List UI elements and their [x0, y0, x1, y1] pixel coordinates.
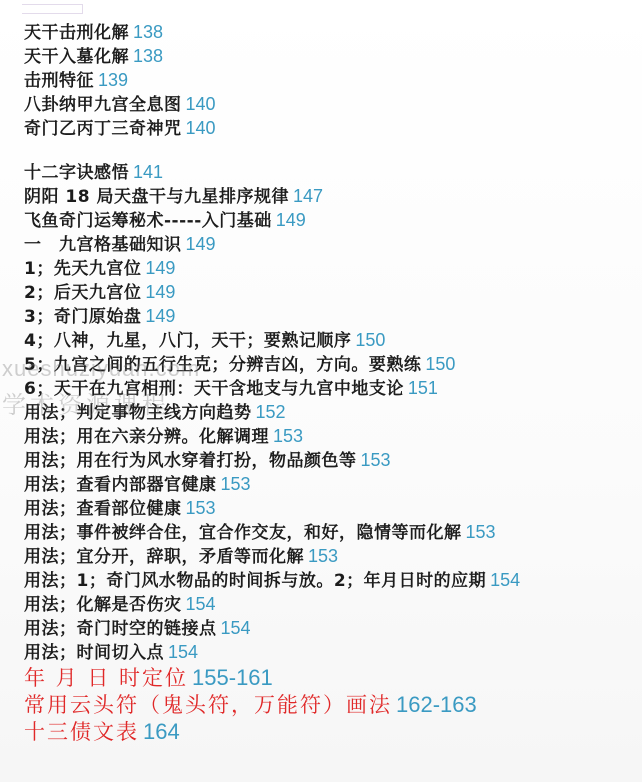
toc-entry-title: 6；天干在九宫相刑：天干含地支与九宫中地支论	[24, 379, 404, 399]
toc-entry-title: 用法；查看内部器官健康	[24, 475, 217, 495]
toc-entry-page: 140	[186, 94, 216, 114]
toc-entry-highlight: 十三债文表164	[24, 718, 520, 745]
toc-entry: 3；奇门原始盘149	[24, 304, 520, 328]
toc-entry: 天干入墓化解138	[24, 44, 520, 68]
toc-entry-page: 154	[221, 618, 251, 638]
toc-entry-title: 八卦纳甲九宫全息图	[24, 95, 182, 115]
toc-entry-title: 5；九宫之间的五行生克；分辨吉凶，方向。要熟练	[24, 355, 421, 375]
toc-entry: 用法；奇门时空的链接点154	[24, 616, 520, 640]
toc-entry-title: 天干击刑化解	[24, 23, 129, 43]
page-header-fragment	[22, 4, 83, 14]
toc-entry: 十二字诀感悟141	[24, 160, 520, 184]
toc-entry-title: 常用云头符（鬼头符，万能符）画法	[24, 693, 392, 717]
toc-entry-title: 3；奇门原始盘	[24, 307, 141, 327]
toc-entry-title: 奇门乙丙丁三奇神咒	[24, 119, 182, 139]
toc-entry-title: 用法；用在行为风水穿着打扮，物品颜色等	[24, 451, 357, 471]
toc-entry-page: 149	[186, 234, 216, 254]
toc-entry-title: 十二字诀感悟	[24, 163, 129, 183]
toc-entry-page: 164	[143, 719, 180, 744]
toc-entry-page: 140	[186, 118, 216, 138]
toc-entry-page: 151	[408, 378, 438, 398]
toc-entry-page: 150	[425, 354, 455, 374]
toc-entry-title: 用法；化解是否伤灾	[24, 595, 182, 615]
toc-entry-page: 153	[466, 522, 496, 542]
toc-entry-page: 155-161	[192, 665, 273, 690]
toc-entry-title: 用法；奇门时空的链接点	[24, 619, 217, 639]
toc-entry-page: 162-163	[396, 692, 477, 717]
toc-entry-title: 一 九宫格基础知识	[24, 235, 182, 255]
table-of-contents: 天干击刑化解138 天干入墓化解138 击刑特征139 八卦纳甲九宫全息图140…	[24, 20, 520, 745]
toc-entry-page: 153	[221, 474, 251, 494]
toc-entry-page: 153	[273, 426, 303, 446]
toc-entry-title: 天干入墓化解	[24, 47, 129, 67]
toc-entry-page: 149	[145, 282, 175, 302]
toc-entry-title: 击刑特征	[24, 71, 94, 91]
toc-entry-title: 年 月 日 时定位	[24, 666, 188, 690]
toc-entry-page: 154	[168, 642, 198, 662]
toc-entry-page: 153	[361, 450, 391, 470]
toc-entry: 用法；1；奇门风水物品的时间拆与放。2；年月日时的应期154	[24, 568, 520, 592]
toc-entry-page: 149	[145, 258, 175, 278]
toc-entry: 用法；查看内部器官健康153	[24, 472, 520, 496]
toc-entry-page: 154	[186, 594, 216, 614]
toc-entry-page: 153	[308, 546, 338, 566]
toc-entry-page: 150	[355, 330, 385, 350]
toc-entry: 用法；化解是否伤灾154	[24, 592, 520, 616]
toc-entry: 5；九宫之间的五行生克；分辨吉凶，方向。要熟练150	[24, 352, 520, 376]
toc-entry: 用法；用在行为风水穿着打扮，物品颜色等153	[24, 448, 520, 472]
toc-entry-title: 用法；宜分开，辞职，矛盾等而化解	[24, 547, 304, 567]
toc-entry-title: 用法；时间切入点	[24, 643, 164, 663]
toc-entry-title: 用法；查看部位健康	[24, 499, 182, 519]
toc-entry-title: 飞鱼奇门运筹秘术-----入门基础	[24, 211, 272, 231]
toc-entry: 天干击刑化解138	[24, 20, 520, 44]
toc-entry-title: 用法；判定事物主线方向趋势	[24, 403, 252, 423]
toc-entry-title: 用法；用在六亲分辨。化解调理	[24, 427, 269, 447]
toc-entry-title: 阴阳 18 局天盘干与九星排序规律	[24, 187, 289, 207]
toc-entry-page: 149	[276, 210, 306, 230]
toc-entry-page: 153	[186, 498, 216, 518]
toc-entry-page: 139	[98, 70, 128, 90]
toc-entry-title: 1；先天九宫位	[24, 259, 141, 279]
toc-entry: 2；后天九宫位149	[24, 280, 520, 304]
toc-entry: 击刑特征139	[24, 68, 520, 92]
toc-entry-title: 十三债文表	[24, 720, 139, 744]
toc-entry: 用法；查看部位健康153	[24, 496, 520, 520]
toc-entry-page: 154	[490, 570, 520, 590]
toc-entry-page: 147	[293, 186, 323, 206]
toc-entry-page: 152	[256, 402, 286, 422]
toc-entry-highlight: 常用云头符（鬼头符，万能符）画法162-163	[24, 691, 520, 718]
toc-entry-title: 用法；事件被绊合住，宜合作交友，和好，隐情等而化解	[24, 523, 462, 543]
toc-entry-page: 141	[133, 162, 163, 182]
toc-entry-title: 用法；1；奇门风水物品的时间拆与放。2；年月日时的应期	[24, 571, 486, 591]
toc-entry: 1；先天九宫位149	[24, 256, 520, 280]
toc-entry: 八卦纳甲九宫全息图140	[24, 92, 520, 116]
toc-entry: 一 九宫格基础知识149	[24, 232, 520, 256]
toc-entry-title: 4；八神，九星，八门，天干；要熟记顺序	[24, 331, 351, 351]
toc-entry: 6；天干在九宫相刑：天干含地支与九宫中地支论151	[24, 376, 520, 400]
toc-entry: 奇门乙丙丁三奇神咒140	[24, 116, 520, 140]
toc-entry: 用法；用在六亲分辨。化解调理153	[24, 424, 520, 448]
toc-entry: 阴阳 18 局天盘干与九星排序规律147	[24, 184, 520, 208]
toc-entry-page: 138	[133, 22, 163, 42]
toc-entry: 4；八神，九星，八门，天干；要熟记顺序150	[24, 328, 520, 352]
toc-entry-highlight: 年 月 日 时定位155-161	[24, 664, 520, 691]
toc-entry-page: 149	[145, 306, 175, 326]
toc-entry-title: 2；后天九宫位	[24, 283, 141, 303]
toc-entry-page: 138	[133, 46, 163, 66]
toc-entry: 用法；判定事物主线方向趋势152	[24, 400, 520, 424]
toc-entry: 飞鱼奇门运筹秘术-----入门基础149	[24, 208, 520, 232]
document-page: 天干击刑化解138 天干入墓化解138 击刑特征139 八卦纳甲九宫全息图140…	[0, 0, 642, 782]
toc-entry: 用法；时间切入点154	[24, 640, 520, 664]
toc-entry: 用法；事件被绊合住，宜合作交友，和好，隐情等而化解153	[24, 520, 520, 544]
toc-entry: 用法；宜分开，辞职，矛盾等而化解153	[24, 544, 520, 568]
